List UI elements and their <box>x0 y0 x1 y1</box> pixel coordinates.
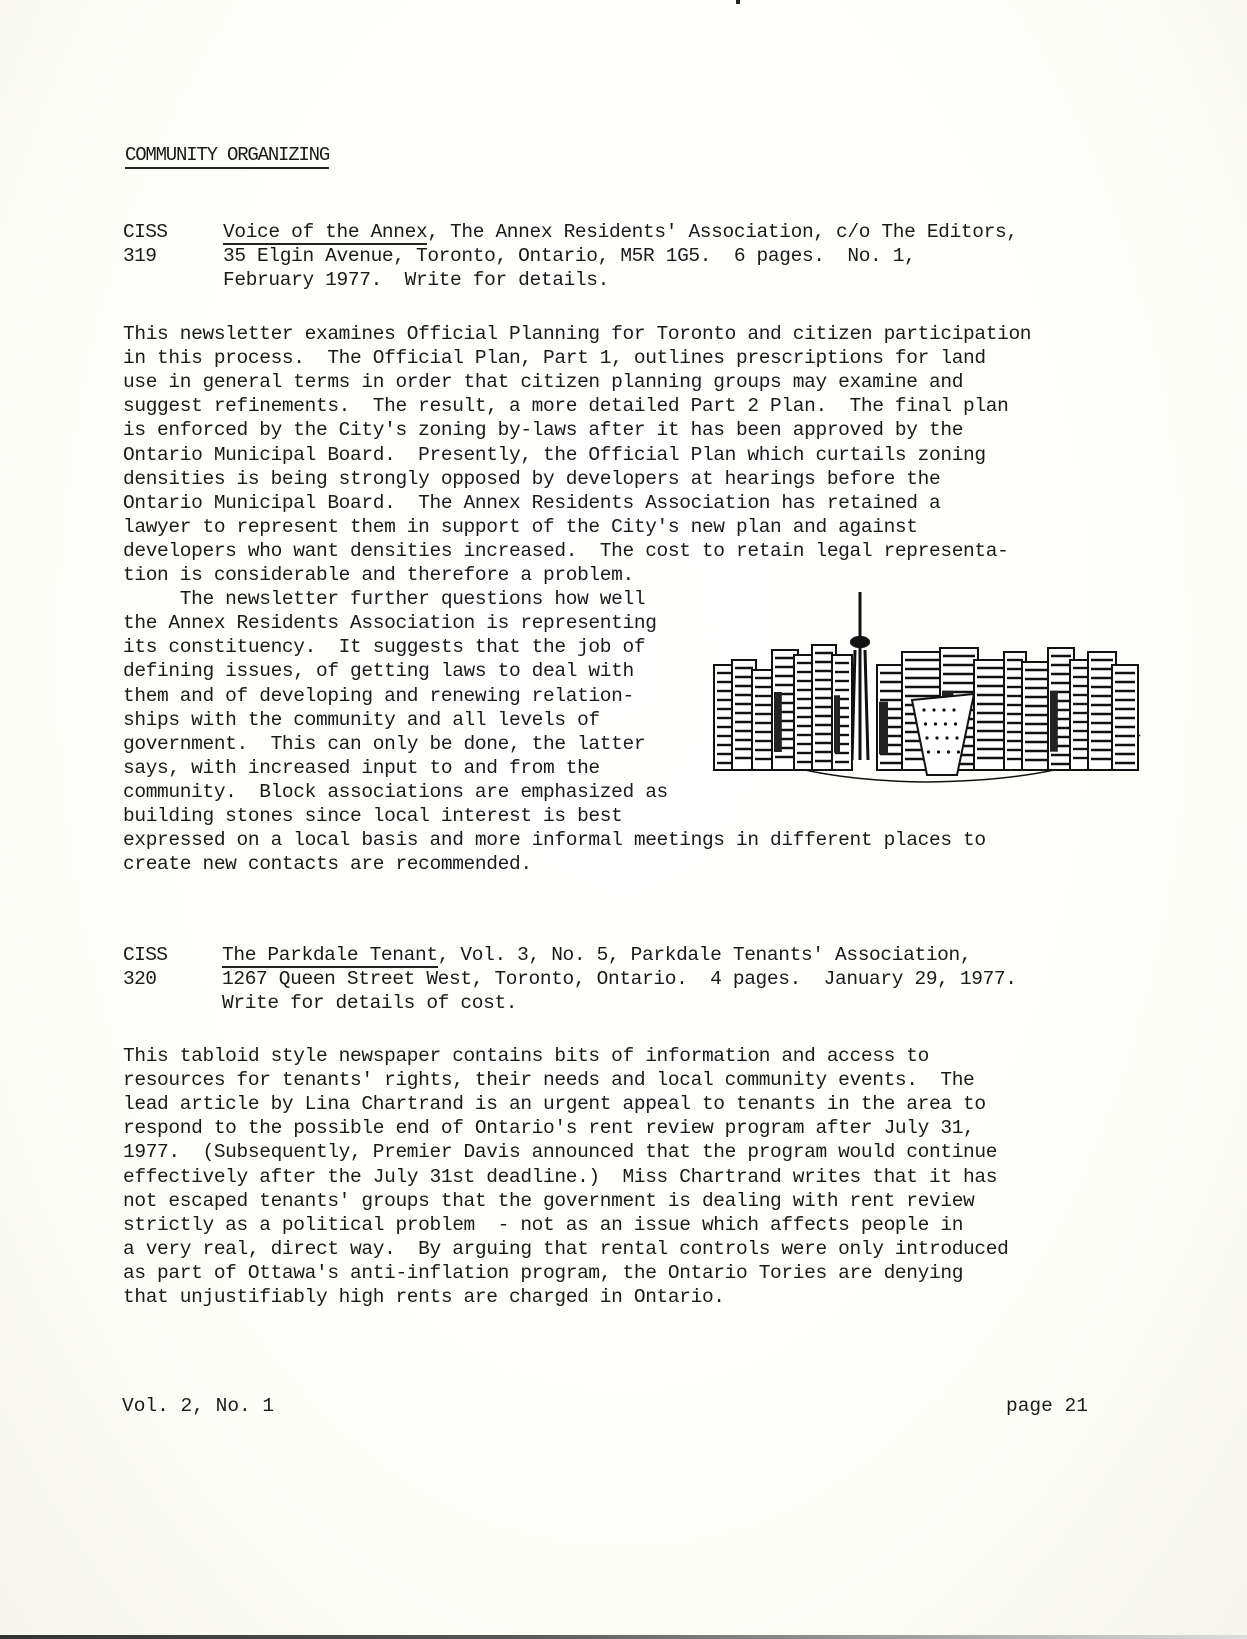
body-line: community. Block associations are emphas… <box>123 780 668 804</box>
ciss-number: 320 <box>123 967 156 991</box>
body-line: 1977. (Subsequently, Premier Davis annou… <box>123 1140 997 1164</box>
publication-title: Voice of the Annex <box>223 221 427 245</box>
citation-line: 35 Elgin Avenue, Toronto, Ontario, M5R 1… <box>223 244 915 268</box>
body-line: government. This can only be done, the l… <box>123 732 645 756</box>
scan-edge <box>0 1635 1247 1639</box>
footer-page-number: page 21 <box>1006 1394 1088 1418</box>
body-line: that unjustifiably high rents are charge… <box>123 1285 725 1309</box>
body-line: create new contacts are recommended. <box>123 852 532 876</box>
ciss-label: CISS <box>123 220 167 244</box>
body-line: use in general terms in order that citiz… <box>123 370 963 394</box>
body-line: effectively after the July 31st deadline… <box>123 1165 997 1189</box>
body-line: tion is considerable and therefore a pro… <box>123 563 634 587</box>
body-line: ships with the community and all levels … <box>123 708 600 732</box>
body-line: lawyer to represent them in support of t… <box>123 515 918 539</box>
body-line: is enforced by the City's zoning by-laws… <box>123 418 963 442</box>
body-line: respond to the possible end of Ontario's… <box>123 1116 974 1140</box>
citation-line: February 1977. Write for details. <box>223 268 609 292</box>
body-line: Ontario Municipal Board. Presently, the … <box>123 443 986 467</box>
body-line: resources for tenants' rights, their nee… <box>123 1068 974 1092</box>
body-line: as part of Ottawa's anti-inflation progr… <box>123 1261 963 1285</box>
body-line: them and of developing and renewing rela… <box>123 684 634 708</box>
body-line: a very real, direct way. By arguing that… <box>123 1237 1008 1261</box>
section-heading: COMMUNITY ORGANIZING <box>125 144 329 169</box>
citation-line: Write for details of cost. <box>222 991 517 1015</box>
body-line: The newsletter further questions how wel… <box>123 587 645 611</box>
publication-title: The Parkdale Tenant <box>222 944 438 968</box>
body-line: expressed on a local basis and more info… <box>123 828 986 852</box>
body-line: says, with increased input to and from t… <box>123 756 600 780</box>
body-line: developers who want densities increased.… <box>123 539 1008 563</box>
body-line: This tabloid style newspaper contains bi… <box>123 1044 929 1068</box>
body-line: not escaped tenants' groups that the gov… <box>123 1189 974 1213</box>
citation-line: The Parkdale Tenant, Vol. 3, No. 5, Park… <box>222 943 971 967</box>
body-line: defining issues, of getting laws to deal… <box>123 659 634 683</box>
footer-volume: Vol. 2, No. 1 <box>122 1394 274 1418</box>
body-line: its constituency. It suggests that the j… <box>123 635 645 659</box>
document-page: COMMUNITY ORGANIZING CISS 319 Voice of t… <box>0 0 1247 1639</box>
body-line: building stones since local interest is … <box>123 804 622 828</box>
citation-line: 1267 Queen Street West, Toronto, Ontario… <box>222 967 1017 991</box>
body-line: This newsletter examines Official Planni… <box>123 322 1031 346</box>
citation-line: Voice of the Annex, The Annex Residents'… <box>223 220 1018 244</box>
ciss-number: 319 <box>123 244 156 268</box>
body-line: in this process. The Official Plan, Part… <box>123 346 986 370</box>
body-line: lead article by Lina Chartrand is an urg… <box>123 1092 986 1116</box>
body-line: strictly as a political problem - not as… <box>123 1213 963 1237</box>
toronto-skyline-illustration <box>712 590 1142 790</box>
ciss-label: CISS <box>123 943 167 967</box>
body-line: the Annex Residents Association is repre… <box>123 611 657 635</box>
body-line: Ontario Municipal Board. The Annex Resid… <box>123 491 940 515</box>
body-line: densities is being strongly opposed by d… <box>123 467 940 491</box>
scan-mark <box>736 0 740 4</box>
body-line: suggest refinements. The result, a more … <box>123 394 1008 418</box>
